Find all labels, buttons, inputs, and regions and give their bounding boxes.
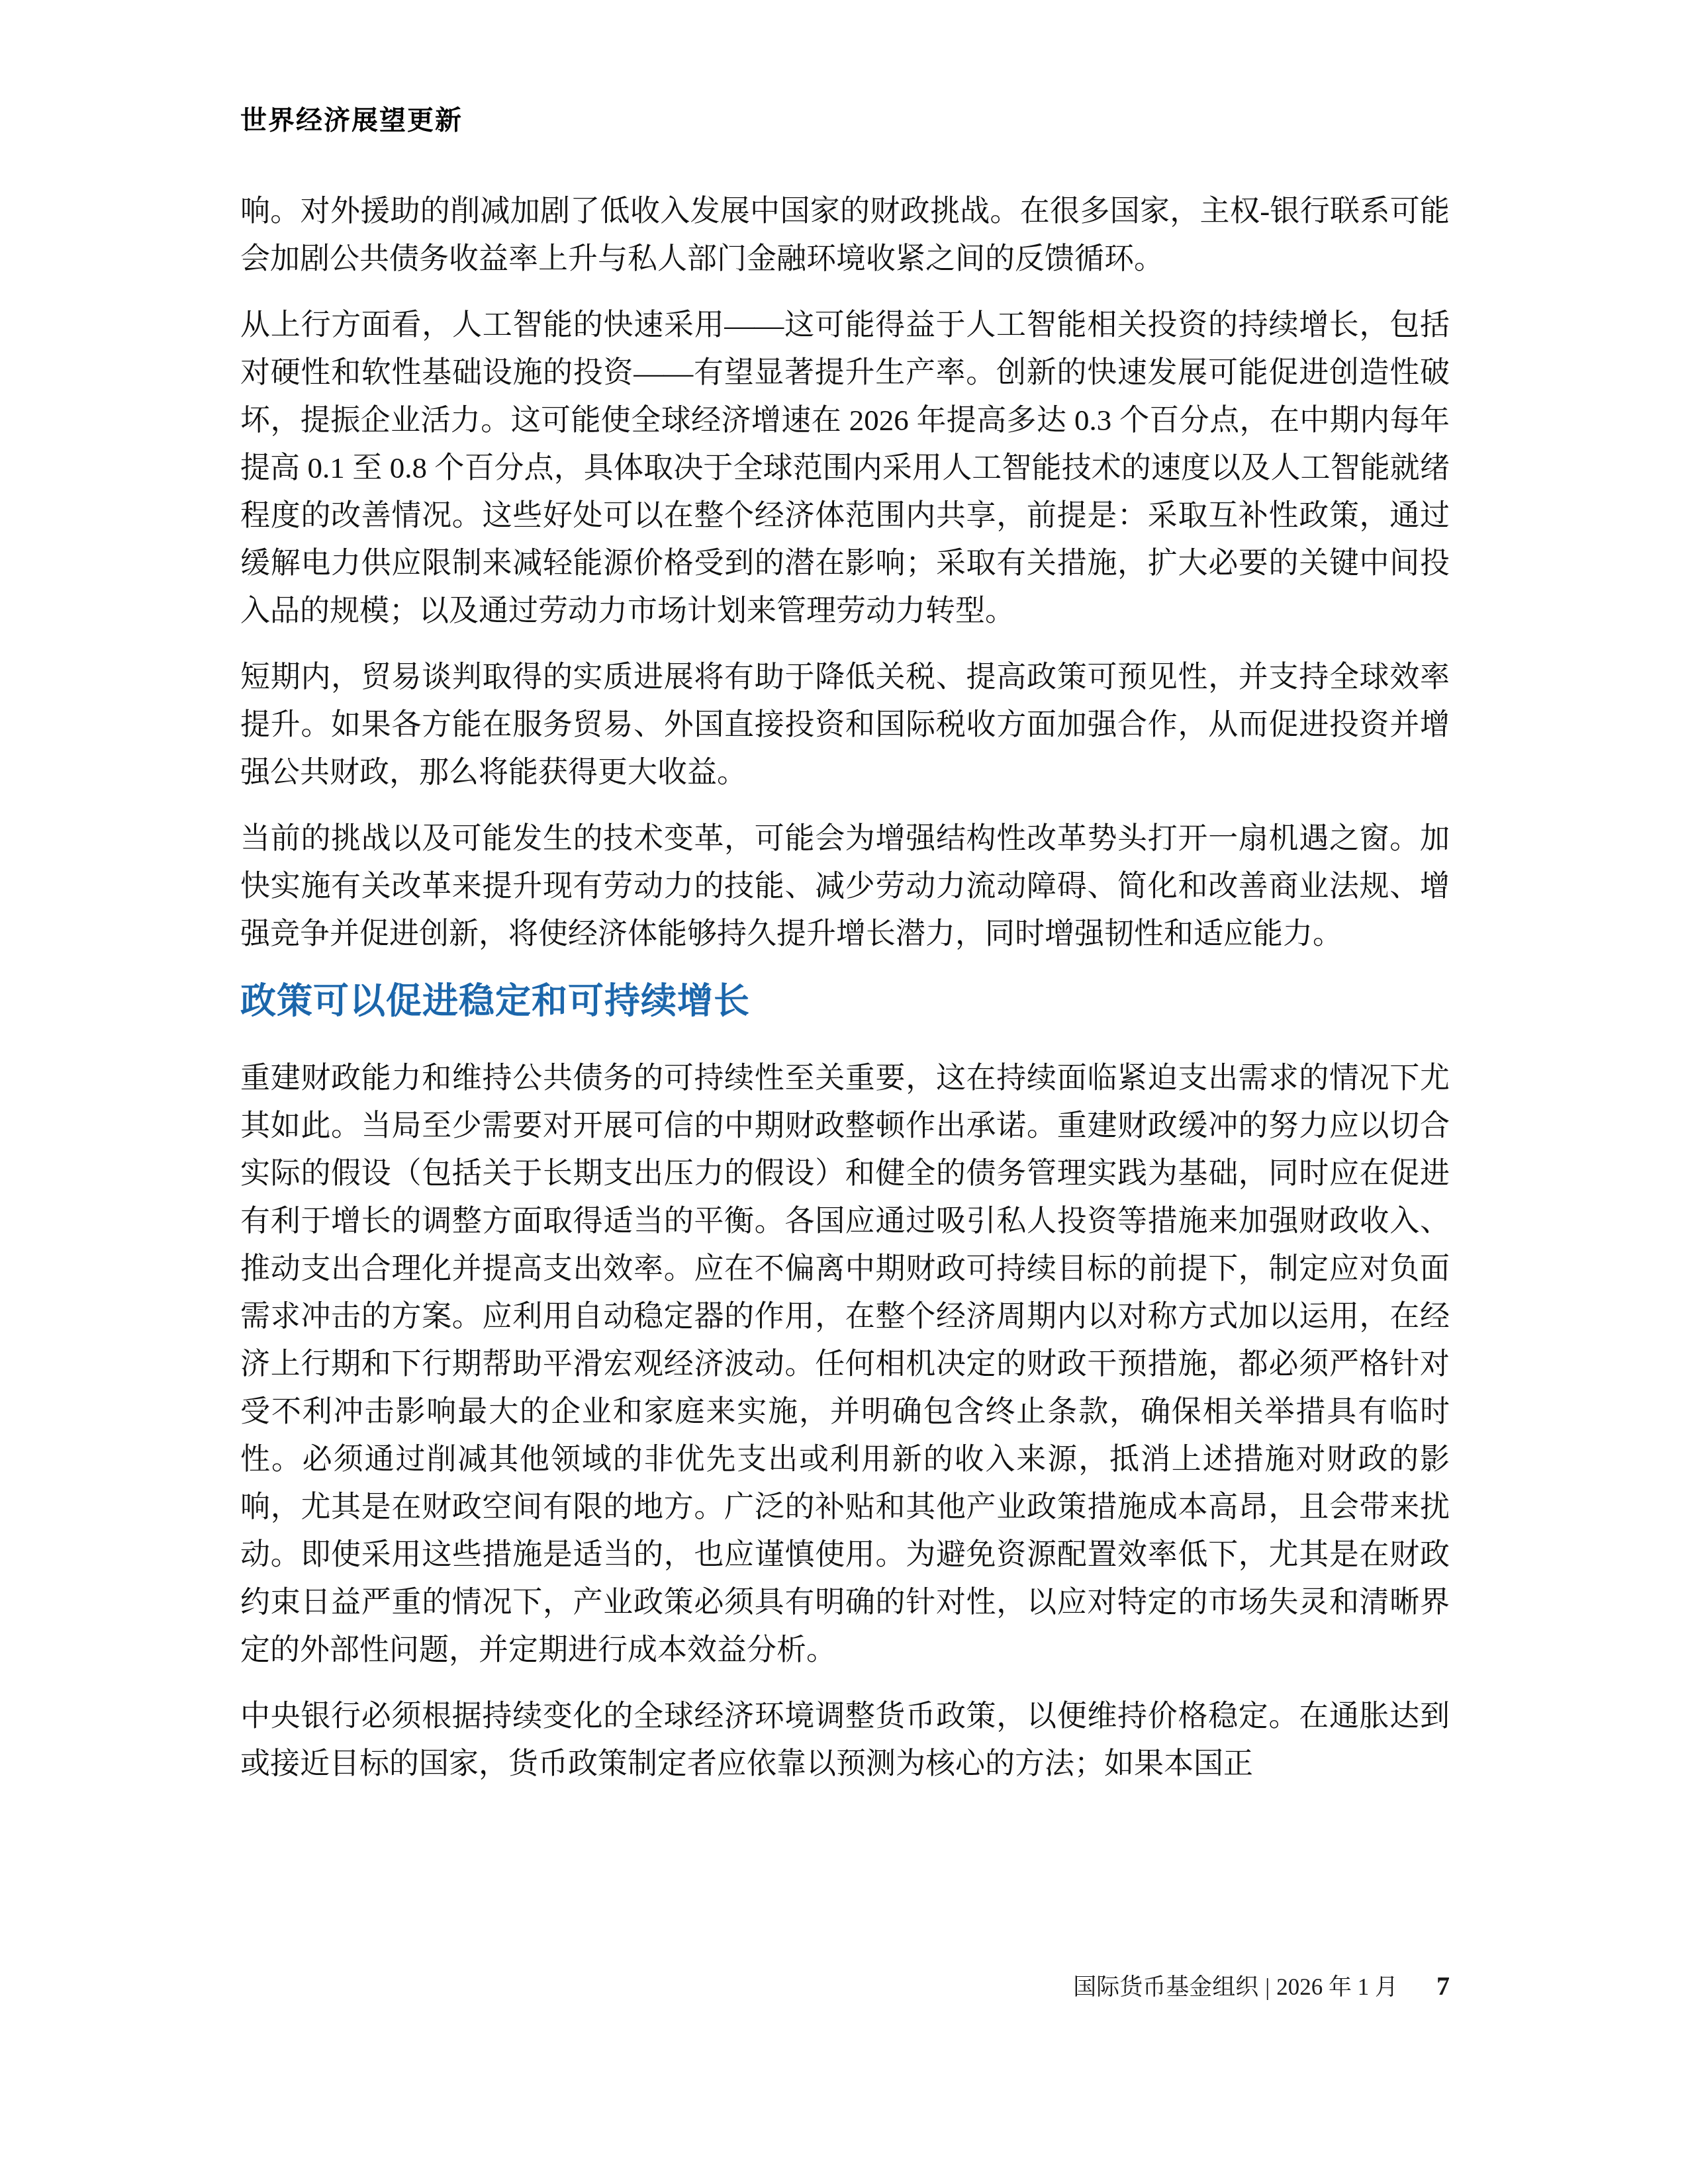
paragraph-downside-aid: 响。对外援助的削减加剧了低收入发展中国家的财政挑战。在很多国家，主权-银行联系可…: [240, 187, 1450, 283]
paragraph-trade-negotiations: 短期内，贸易谈判取得的实质进展将有助于降低关税、提高政策可预见性，并支持全球效率…: [240, 653, 1450, 796]
paragraph-central-banks: 中央银行必须根据持续变化的全球经济环境调整货币政策，以便维持价格稳定。在通胀达到…: [240, 1692, 1450, 1788]
document-page: 世界经济展望更新 响。对外援助的削减加剧了低收入发展中国家的财政挑战。在很多国家…: [0, 0, 1688, 2184]
paragraph-fiscal-policy: 重建财政能力和维持公共债务的可持续性至关重要，这在持续面临紧迫支出需求的情况下尤…: [240, 1054, 1450, 1674]
footer-organization: 国际货币基金组织: [1073, 1969, 1258, 2002]
page-footer: 国际货币基金组织 | 2026 年 1 月 7: [1073, 1969, 1450, 2002]
page-body: 响。对外援助的削减加剧了低收入发展中国家的财政挑战。在很多国家，主权-银行联系可…: [240, 187, 1450, 1806]
footer-separator: |: [1265, 1974, 1270, 2001]
paragraph-structural-reform: 当前的挑战以及可能发生的技术变革，可能会为增强结构性改革势头打开一扇机遇之窗。加…: [240, 815, 1450, 958]
report-title: 世界经济展望更新: [240, 99, 463, 137]
page-number: 7: [1436, 1970, 1450, 2001]
paragraph-upside-ai: 从上行方面看，人工智能的快速采用——这可能得益于人工智能相关投资的持续增长，包括…: [240, 301, 1450, 635]
footer-date: 2026 年 1 月: [1276, 1969, 1398, 2002]
section-heading-policy: 政策可以促进稳定和可持续增长: [240, 976, 1450, 1026]
